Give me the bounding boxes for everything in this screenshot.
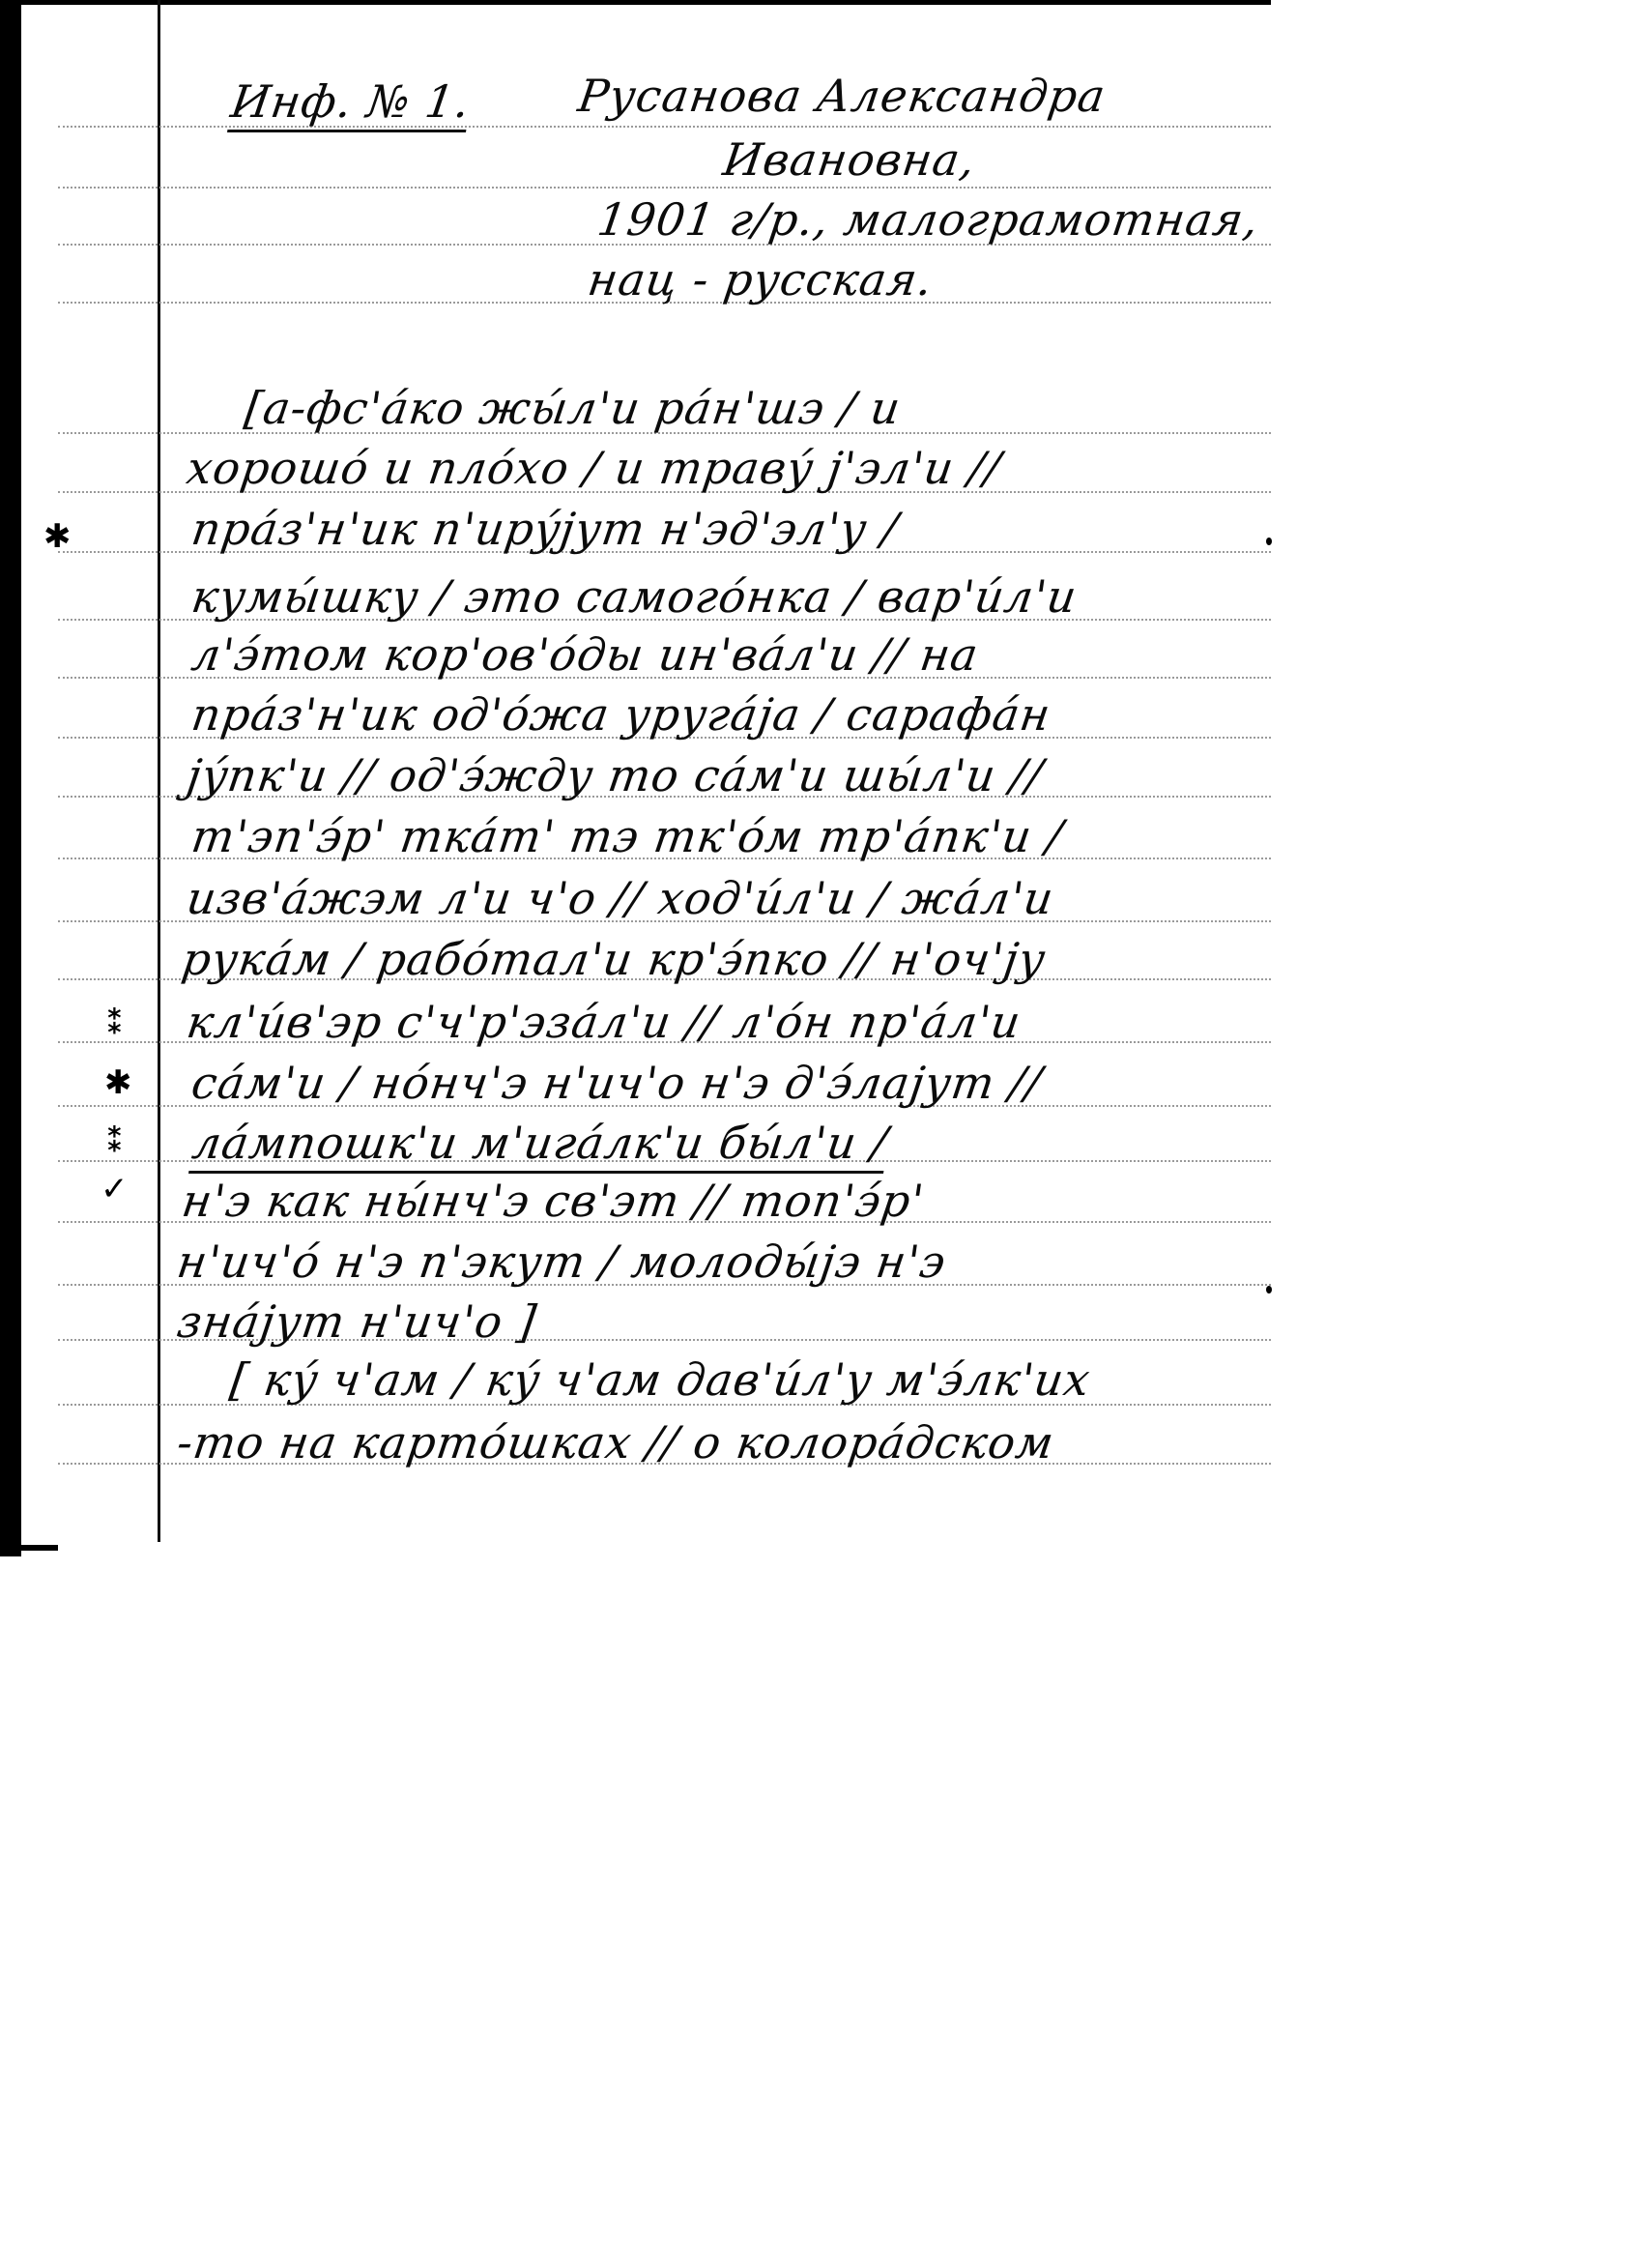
transcript-line: сáм'и / нóнч'э н'ич'о н'э д'э́лајут //	[188, 1057, 1046, 1109]
transcript-line: јýпк'и // од'э́жду то сáм'и шы́л'и //	[184, 749, 1047, 801]
ink-speck	[1266, 1286, 1272, 1294]
transcript-line: н'ич'ó н'э п'экут / молоды́јэ н'э	[174, 1236, 949, 1288]
document-page: Инф. № 1. Русанова Александра Ивановна, …	[0, 0, 1271, 1547]
transcript-line: н'э как ны́нч'э св'эт // топ'э́р'	[179, 1175, 928, 1227]
transcript-line: кл'и́в'эр с'ч'р'эзáл'и // л'óн пр'áл'и	[184, 996, 1024, 1048]
transcript-line: прáз'н'ик п'ирýјут н'эд'эл'у /	[188, 503, 902, 555]
scan-border-bottom	[0, 1545, 58, 1551]
scribble-mark-icon: ✱	[43, 517, 72, 556]
ink-speck	[1266, 538, 1272, 545]
transcript-line: т'эп'э́р' ткáт' тэ тк'óм тр'áпк'и /	[188, 810, 1067, 862]
transcript-line: знáјут н'ич'о ]	[174, 1295, 540, 1348]
scribble-mark-icon: ⁑	[106, 1121, 124, 1160]
scan-border-left	[0, 0, 21, 1556]
informant-name-line-1: Русанова Александра	[575, 70, 1110, 122]
informant-details-line-1: 1901 г/р., малограмотная,	[594, 193, 1262, 246]
informant-name-line-2: Ивановна,	[720, 133, 979, 186]
transcript-line: кумы́шку / это самогóнка / вар'и́л'и	[188, 570, 1081, 623]
scribble-mark-icon: ✱	[104, 1063, 132, 1102]
transcript-line: л'э́том кор'ов'óды ин'вáл'и // на	[188, 628, 982, 681]
margin-line	[158, 0, 160, 1542]
transcript-line: лáмпошк'и м'игáлк'и бы́л'и /	[188, 1117, 891, 1174]
transcript-line: рукáм / рабóтал'и кр'э́пко // н'оч'ју	[179, 933, 1050, 985]
transcript-line: прáз'н'ик од'óжа уругáја / сарафáн	[188, 688, 1054, 741]
informant-details-line-2: нац - русская.	[585, 253, 937, 305]
transcript-line: хорошó и плóхо / и травý ј'эл'и //	[184, 442, 1004, 494]
informant-label: Инф. № 1.	[227, 75, 474, 132]
scribble-mark-icon: ⁑	[106, 1003, 124, 1042]
transcript-line: [а-фс'áко жы́л'и рáн'шэ / и	[242, 382, 905, 434]
check-mark-icon: ✓	[101, 1170, 129, 1208]
transcript-line: [ кý ч'ам / кý ч'ам дав'и́л'у м'э́лк'их	[227, 1353, 1094, 1406]
transcript-line: -то на картóшках // о колорáдском	[174, 1416, 1057, 1468]
ruled-line	[58, 187, 1271, 189]
scan-border-top	[0, 0, 1271, 5]
transcript-line: изв'áжэм л'и ч'о // ход'и́л'и / жáл'и	[184, 872, 1057, 924]
